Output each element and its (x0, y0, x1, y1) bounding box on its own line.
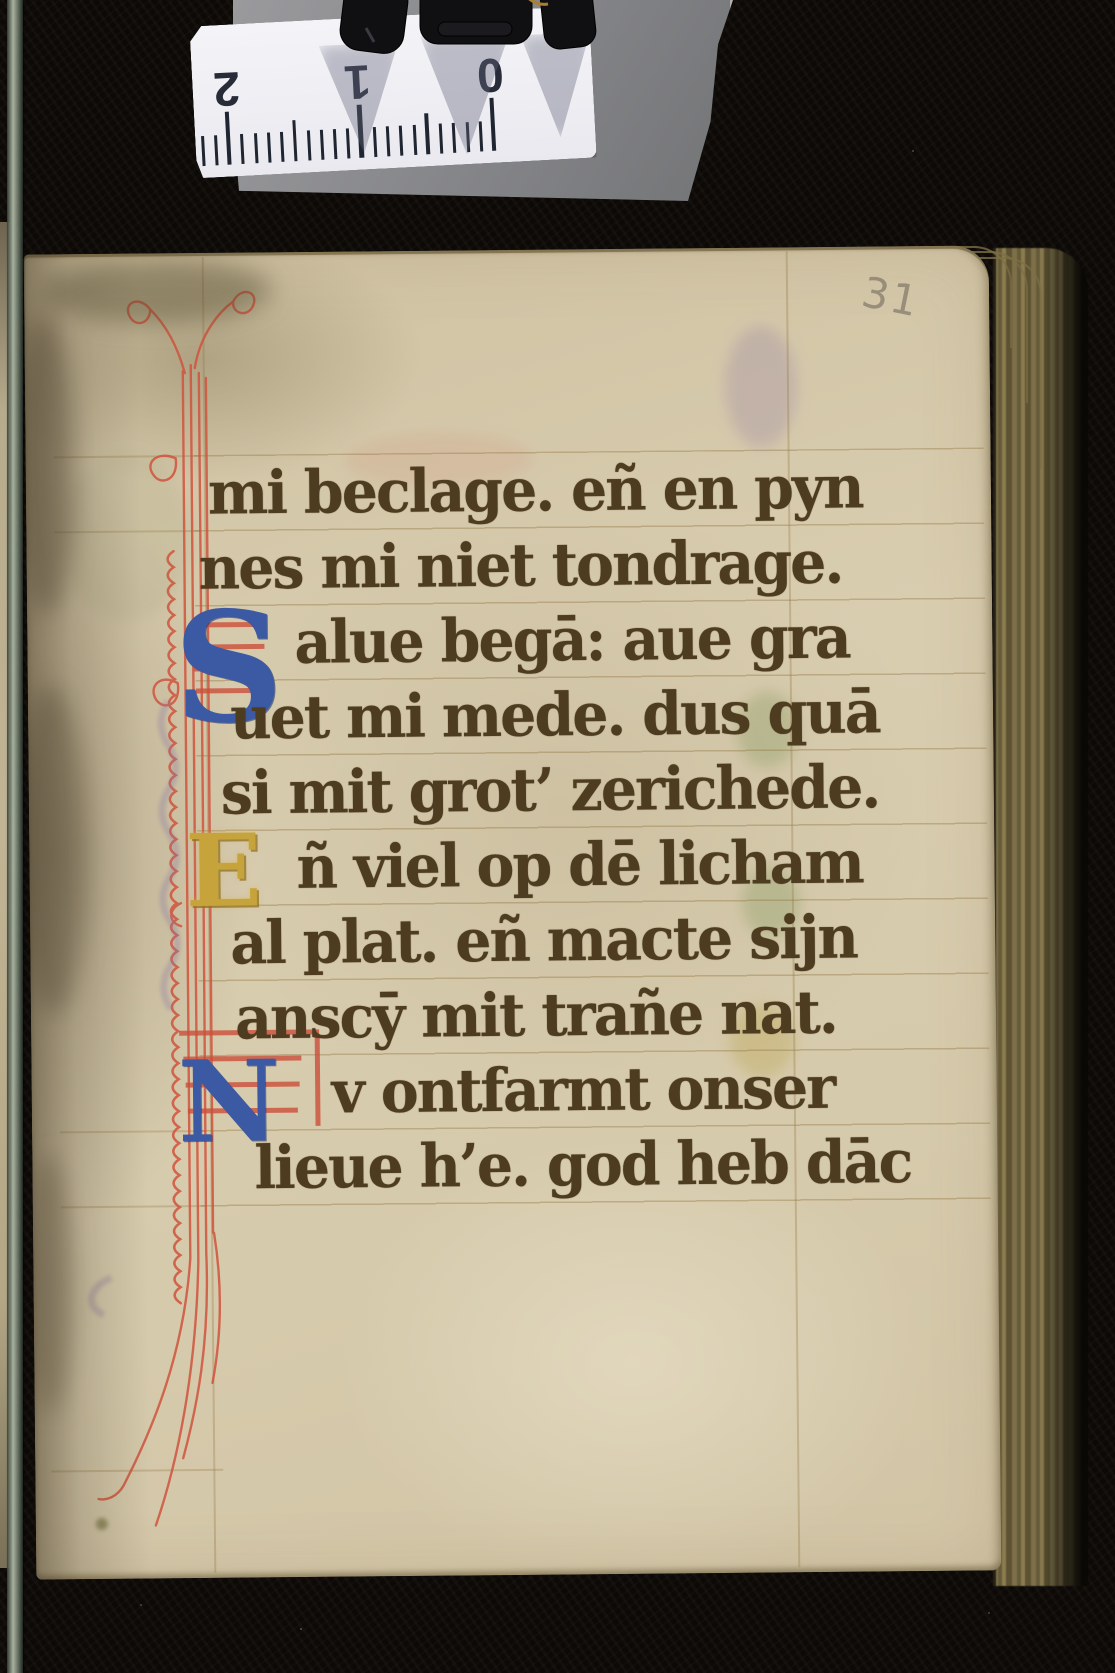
dust-specks (0, 0, 2, 2)
manuscript-line: anscȳ mit trañe nat. (203, 973, 837, 1057)
ruler-number-2: 2 (205, 60, 248, 117)
manuscript-photograph: S E N mi beclage. eñ en pyn nes mi niet … (0, 0, 1115, 1673)
manuscript-page: S E N mi beclage. eñ en pyn nes mi niet … (24, 245, 1002, 1579)
manuscript-line: uet mi mede. dus quā (200, 673, 880, 758)
manuscript-line: v ontfarmt onser (203, 1048, 834, 1132)
glass-plate-edge (7, 0, 23, 1673)
manuscript-line: mi beclage. eñ en pyn (198, 448, 863, 532)
manuscript-line: si mit grot’ zerichede. (200, 748, 879, 833)
manuscript-line: alue begā: aue gra (199, 598, 850, 682)
binder-clip (330, 0, 610, 68)
manuscript-line: ñ viel op dē licham (201, 823, 863, 907)
manuscript-line: al plat. eñ macte sijn (202, 898, 857, 982)
manuscript-line: nes mi niet tondrage. (198, 523, 842, 607)
manuscript-line: lieue h’e. god heb dāc (204, 1123, 912, 1208)
